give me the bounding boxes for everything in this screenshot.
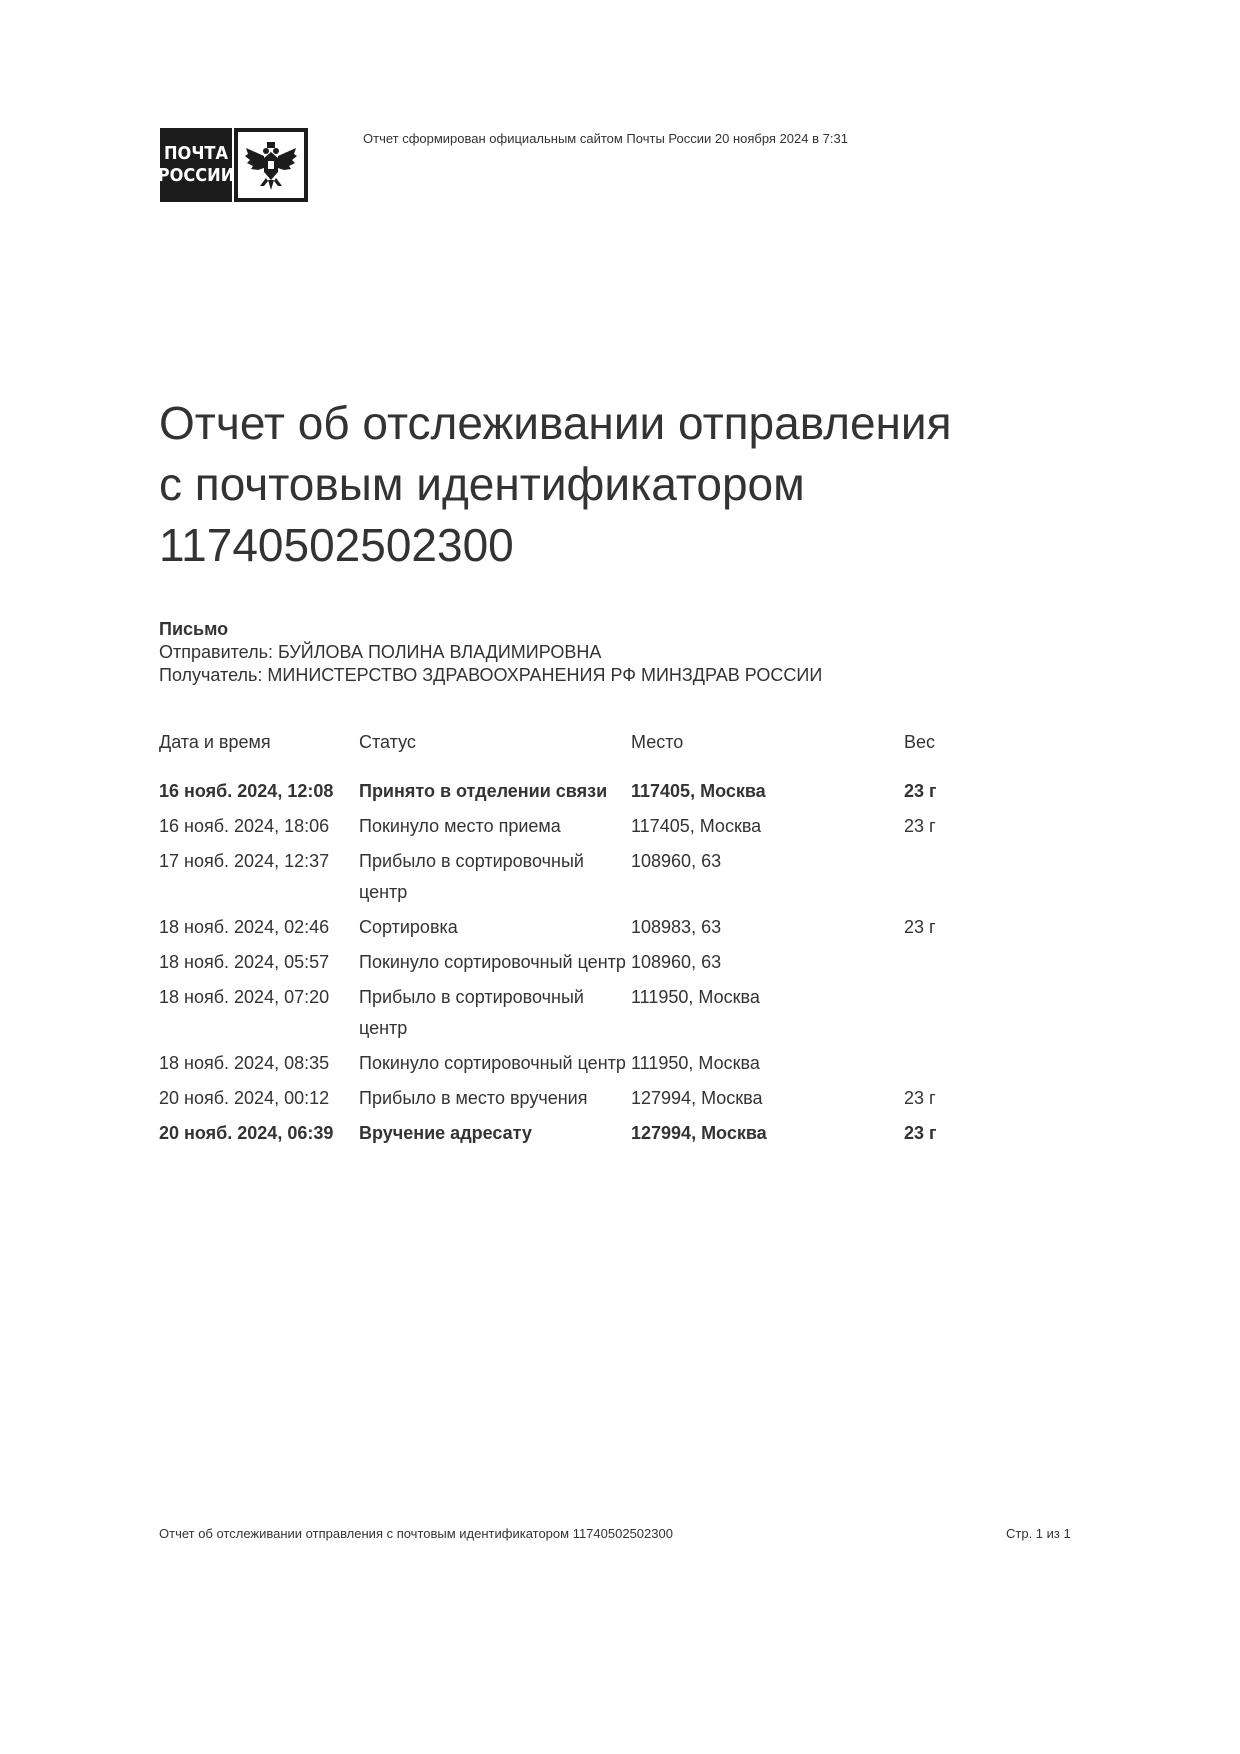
cell-place: 108960, 63 [631, 846, 904, 912]
logo-line-1: ПОЧТА [164, 143, 228, 165]
cell-weight: 23 г [904, 1083, 964, 1118]
table-row: 18 нояб. 2024, 02:46Сортировка108983, 63… [159, 912, 964, 947]
page-number: Стр. 1 из 1 [1006, 1526, 1071, 1541]
shipment-type: Письмо [159, 618, 822, 641]
column-header-weight: Вес [904, 730, 964, 776]
table-header-row: Дата и время Статус Место Вес [159, 730, 964, 776]
shipment-info: Письмо Отправитель: БУЙЛОВА ПОЛИНА ВЛАДИ… [159, 618, 822, 687]
table-row: 20 нояб. 2024, 00:12Прибыло в место вруч… [159, 1083, 964, 1118]
cell-weight: 23 г [904, 912, 964, 947]
recipient: Получатель: МИНИСТЕРСТВО ЗДРАВООХРАНЕНИЯ… [159, 664, 822, 687]
column-header-datetime: Дата и время [159, 730, 359, 776]
cell-status: Покинуло сортировочный центр [359, 947, 631, 982]
footer-title: Отчет об отслеживании отправления с почт… [159, 1526, 673, 1541]
cell-datetime: 18 нояб. 2024, 08:35 [159, 1048, 359, 1083]
cell-datetime: 20 нояб. 2024, 00:12 [159, 1083, 359, 1118]
cell-status: Сортировка [359, 912, 631, 947]
cell-status: Прибыло в место вручения [359, 1083, 631, 1118]
cell-place: 117405, Москва [631, 776, 904, 811]
cell-place: 111950, Москва [631, 982, 904, 1048]
cell-weight [904, 947, 964, 982]
logo-wordmark: ПОЧТА РОССИИ [160, 128, 232, 202]
sender: Отправитель: БУЙЛОВА ПОЛИНА ВЛАДИМИРОВНА [159, 641, 822, 664]
tracking-id: 11740502502300 [159, 515, 1059, 576]
cell-weight [904, 1048, 964, 1083]
cell-weight: 23 г [904, 776, 964, 811]
cell-datetime: 18 нояб. 2024, 05:57 [159, 947, 359, 982]
report-generated-note: Отчет сформирован официальным сайтом Поч… [363, 131, 848, 146]
cell-datetime: 16 нояб. 2024, 12:08 [159, 776, 359, 811]
cell-weight: 23 г [904, 811, 964, 846]
table-row: 16 нояб. 2024, 12:08Принято в отделении … [159, 776, 964, 811]
cell-status: Прибыло в сортировочный центр [359, 846, 631, 912]
table-row: 18 нояб. 2024, 08:35Покинуло сортировочн… [159, 1048, 964, 1083]
cell-status: Прибыло в сортировочный центр [359, 982, 631, 1048]
cell-status: Покинуло сортировочный центр [359, 1048, 631, 1083]
cell-weight [904, 846, 964, 912]
table-row: 18 нояб. 2024, 05:57Покинуло сортировочн… [159, 947, 964, 982]
cell-weight [904, 982, 964, 1048]
table-row: 17 нояб. 2024, 12:37Прибыло в сортировоч… [159, 846, 964, 912]
column-header-status: Статус [359, 730, 631, 776]
cell-place: 117405, Москва [631, 811, 904, 846]
table-row: 20 нояб. 2024, 06:39Вручение адресату127… [159, 1118, 964, 1153]
cell-status: Вручение адресату [359, 1118, 631, 1153]
cell-datetime: 18 нояб. 2024, 07:20 [159, 982, 359, 1048]
cell-place: 108983, 63 [631, 912, 904, 947]
title-line-1: Отчет об отслеживании отправления [159, 393, 1059, 454]
cell-status: Принято в отделении связи [359, 776, 631, 811]
cell-datetime: 20 нояб. 2024, 06:39 [159, 1118, 359, 1153]
tracking-table-body: 16 нояб. 2024, 12:08Принято в отделении … [159, 776, 964, 1153]
tracking-table: Дата и время Статус Место Вес 16 нояб. 2… [159, 730, 964, 1153]
double-headed-eagle-icon [242, 136, 300, 194]
table-row: 18 нояб. 2024, 07:20Прибыло в сортировоч… [159, 982, 964, 1048]
cell-datetime: 17 нояб. 2024, 12:37 [159, 846, 359, 912]
cell-place: 127994, Москва [631, 1083, 904, 1118]
cell-place: 127994, Москва [631, 1118, 904, 1153]
column-header-place: Место [631, 730, 904, 776]
cell-datetime: 16 нояб. 2024, 18:06 [159, 811, 359, 846]
table-row: 16 нояб. 2024, 18:06Покинуло место прием… [159, 811, 964, 846]
cell-place: 108960, 63 [631, 947, 904, 982]
cell-status: Покинуло место приема [359, 811, 631, 846]
title-line-2: с почтовым идентификатором [159, 454, 1059, 515]
cell-datetime: 18 нояб. 2024, 02:46 [159, 912, 359, 947]
cell-weight: 23 г [904, 1118, 964, 1153]
pochta-rossii-logo: ПОЧТА РОССИИ [160, 128, 308, 202]
page-title: Отчет об отслеживании отправления с почт… [159, 393, 1059, 576]
logo-line-2: РОССИИ [158, 165, 235, 187]
cell-place: 111950, Москва [631, 1048, 904, 1083]
logo-emblem [234, 128, 308, 202]
